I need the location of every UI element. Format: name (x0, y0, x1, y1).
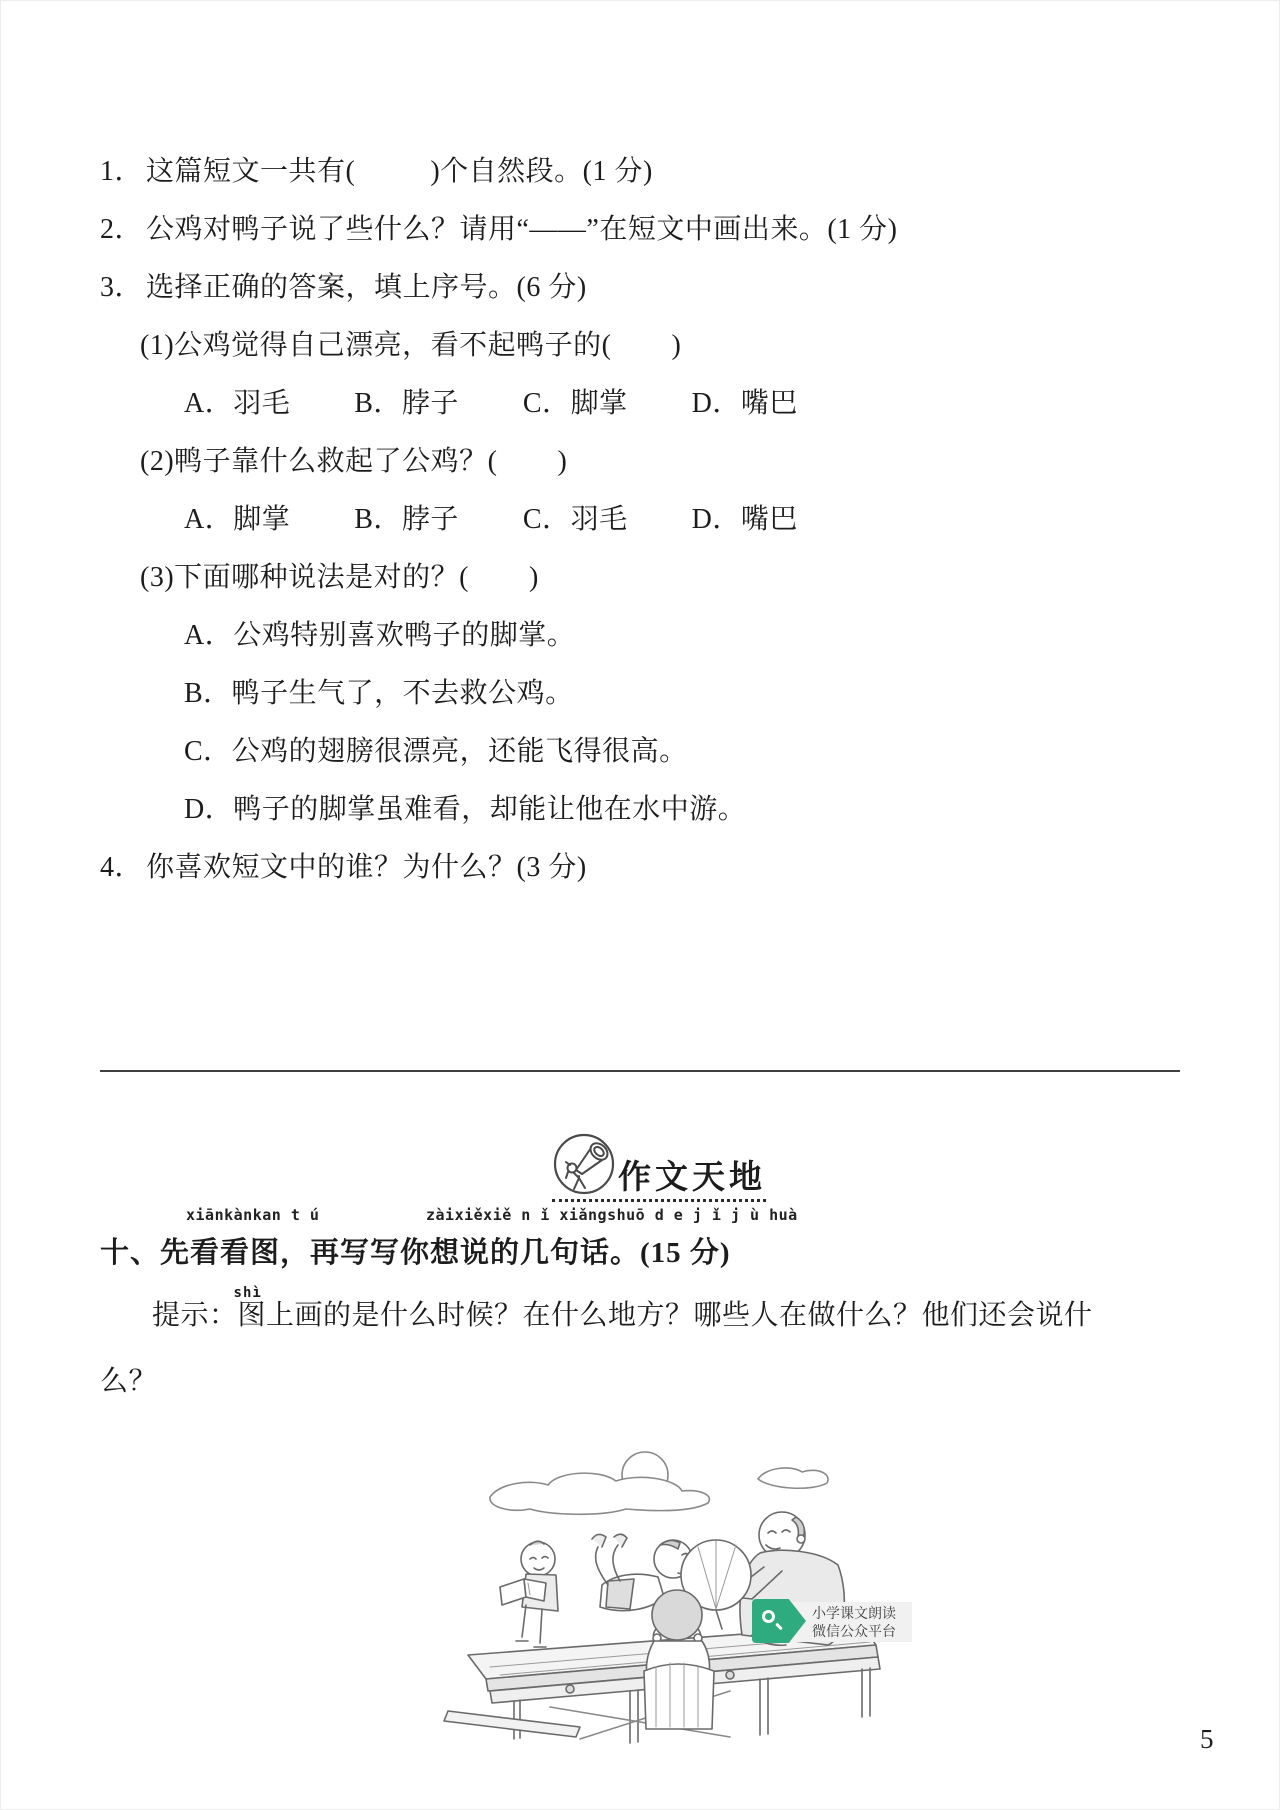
question-3-text: 选择正确的答案，填上序号。(6 分) (146, 265, 587, 305)
hint-ruby-base: 示 (181, 1300, 210, 1331)
paper-content: 1． 这篇短文一共有( )个自然段。(1 分) 2． 公鸡对鸭子说了些什么？请用… (100, 0, 1180, 1751)
option-a: A．脚掌 (184, 497, 290, 537)
pinyin-annotation-2: zàixiěxiě n ǐ xiǎngshuō d e j ǐ j ù huà (426, 1206, 798, 1224)
question-2-number: 2． (100, 207, 146, 247)
section-number: 十、 (100, 1230, 160, 1271)
option-b: B．脖子 (354, 497, 459, 537)
option-b: B．脖子 (354, 381, 459, 421)
question-3-1: (1)公鸡觉得自己漂亮，看不起鸭子的( ) (100, 314, 1180, 372)
hint-text-wrap: 么？ (100, 1366, 157, 1397)
question-4-number: 4． (100, 845, 146, 885)
option-c: C．脚掌 (523, 381, 628, 421)
question-3-3: (3)下面哪种说法是对的？( ) (100, 546, 1180, 604)
test-paper-page: { "page_number": "5", "colors": { "badge… (0, 0, 1280, 1810)
option-a: A．公鸡特别喜欢鸭子的脚掌。 (184, 613, 575, 653)
option-c-line: C．公鸡的翅膀很漂亮，还能飞得很高。 (100, 720, 1180, 778)
composition-section-title: 作文天地 (618, 1160, 766, 1196)
option-c: C．羽毛 (523, 497, 628, 537)
watermark-line-2: 微信公众平台 (812, 1622, 912, 1640)
telescope-icon (552, 1132, 616, 1196)
option-a-line: A．公鸡特别喜欢鸭子的脚掌。 (100, 604, 1180, 662)
question-3-number: 3． (100, 265, 146, 305)
watermark-line-1: 小学课文朗读 (812, 1604, 912, 1622)
option-d: D．鸭子的脚掌虽难看，却能让他在水中游。 (184, 787, 746, 827)
hint-paragraph: 提shì示：图上画的是什么时候？在什么地方？哪些人在做什么？他们还会说什 么？ (100, 1283, 1180, 1415)
option-b: B．鸭子生气了，不去救公鸡。 (184, 671, 574, 711)
question-4-text: 你喜欢短文中的谁？为什么？(3 分) (146, 845, 587, 885)
question-3-3-text: (3)下面哪种说法是对的？( ) (140, 555, 539, 595)
question-2: 2． 公鸡对鸭子说了些什么？请用“——”在短文中画出来。(1 分) (100, 198, 1180, 256)
question-3-2-text: (2)鸭子靠什么救起了公鸡？( ) (140, 439, 567, 479)
option-d-line: D．鸭子的脚掌虽难看，却能让他在水中游。 (100, 778, 1180, 836)
section-title-text: 先看看图，再写写你想说的几句话。(15 分) (160, 1230, 731, 1271)
question-2-text: 公鸡对鸭子说了些什么？请用“——”在短文中画出来。(1 分) (146, 207, 898, 247)
question-4: 4． 你喜欢短文中的谁？为什么？(3 分) (100, 836, 1180, 894)
page-number: 5 (1200, 1724, 1214, 1755)
answer-blank-line (100, 1070, 1180, 1072)
option-d: D．嘴巴 (692, 497, 798, 537)
question-3-1-text: (1)公鸡觉得自己漂亮，看不起鸭子的( ) (140, 323, 681, 363)
line-art-drawing (430, 1439, 900, 1751)
question-3-1-options: A．羽毛 B．脖子 C．脚掌 D．嘴巴 (100, 372, 1180, 430)
hint-ruby: shì示 (181, 1300, 210, 1331)
hint-text: ：图上画的是什么时候？在什么地方？哪些人在做什么？他们还会说什 (209, 1300, 1093, 1331)
option-b-line: B．鸭子生气了，不去救公鸡。 (100, 662, 1180, 720)
option-d: D．嘴巴 (692, 381, 798, 421)
watermark-badge: 小学课文朗读 微信公众平台 (752, 1599, 942, 1643)
question-1: 1． 这篇短文一共有( )个自然段。(1 分) (100, 140, 1180, 198)
question-1-text: 这篇短文一共有( )个自然段。(1 分) (146, 149, 653, 189)
option-a: A．羽毛 (184, 381, 290, 421)
scene-illustration: 小学课文朗读 微信公众平台 (430, 1439, 900, 1751)
hint-prefix: 提 (152, 1300, 181, 1331)
composition-section-header: 作文天地 (552, 1132, 766, 1202)
magnifier-glyph (762, 1610, 775, 1623)
question-3-2-options: A．脚掌 B．脖子 C．羽毛 D．嘴巴 (100, 488, 1180, 546)
question-1-number: 1． (100, 149, 146, 189)
pinyin-annotation-1: xiānkànkan t ú (186, 1206, 319, 1224)
question-3: 3． 选择正确的答案，填上序号。(6 分) (100, 256, 1180, 314)
hint-pinyin: shì (182, 1286, 262, 1300)
composition-question: xiānkànkan t ú zàixiěxiě n ǐ xiǎngshuō d… (100, 1204, 1180, 1271)
question-3-2: (2)鸭子靠什么救起了公鸡？( ) (100, 430, 1180, 488)
option-c: C．公鸡的翅膀很漂亮，还能飞得很高。 (184, 729, 688, 769)
